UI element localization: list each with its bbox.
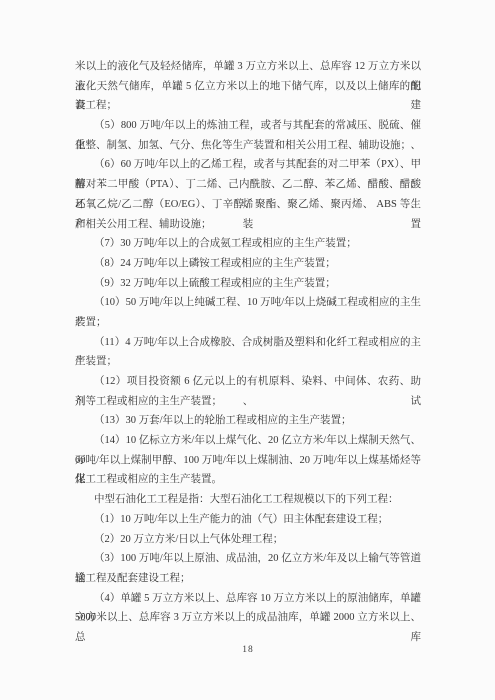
text-line: （13）30 万套/年以上的轮胎工程或相应的主生产装置； bbox=[75, 411, 421, 431]
text-line: 化工工程或相应的主生产装置。 bbox=[75, 470, 421, 490]
text-line: 送工程及配套建设工程； bbox=[75, 569, 421, 589]
page-number: 18 bbox=[75, 645, 421, 655]
text-line: （14）10 亿标立方米/年以上煤气化、20 亿立方米/年以上煤制天然气、60 bbox=[75, 431, 421, 451]
text-line: 环氧乙烷/乙二醇（EO/EG）、丁辛醇、聚酯、聚乙烯、聚丙烯、 ABS 等生产装… bbox=[75, 195, 421, 215]
text-line: （3）100 万吨/年以上原油、成品油，20 亿立方米/年及以上输气等管道输 bbox=[75, 549, 421, 569]
text-line: 中型石油化工工程是指：大型石油化工工程规模以下的下列工程： bbox=[75, 490, 421, 510]
text-line: （2）20 万立方米/日以上气体处理工程； bbox=[75, 530, 421, 550]
text-line: 产装置； bbox=[75, 352, 421, 372]
text-line: 重整、制氢、加氢、气分、焦化等生产装置和相关公用工程、辅助设施； bbox=[75, 136, 421, 156]
document-page: 米以上的液化气及轻烃储库，单罐 3 万立方米以上、总库容 12 万立方米以上的液… bbox=[0, 0, 495, 700]
text-line: （5）800 万吨/年以上的炼油工程，或者与其配套的常减压、脱硫、催化、 bbox=[75, 116, 421, 136]
text-line: （9）32 万吨/年以上硫酸工程或相应的主生产装置； bbox=[75, 274, 421, 294]
text-line: （4）单罐 5 万立方米以上、总库容 10 万立方米以上的原油储库，单罐 500… bbox=[75, 589, 421, 609]
text-line: （7）30 万吨/年以上的合成氨工程或相应的主生产装置； bbox=[75, 234, 421, 254]
text-line: 装置； bbox=[75, 313, 421, 333]
text-line: （12）项目投资额 6 亿元以上的有机原料、染料、中间体、农药、助剂、试 bbox=[75, 372, 421, 392]
text-line: （1）10 万吨/年以上生产能力的油（气）田主体配套建设工程； bbox=[75, 510, 421, 530]
text-line: （10）50 万吨/年以上纯碱工程、10 万吨/年以上烧碱工程或相应的主生产 bbox=[75, 293, 421, 313]
text-line: 精对苯二甲酸（PTA）、丁二烯、己内酰胺、乙二醇、苯乙烯、醋酸、醋酸乙烯、 bbox=[75, 175, 421, 195]
text-line: 米以上的液化气及轻烃储库，单罐 3 万立方米以上、总库容 12 万立方米以上的 bbox=[75, 57, 421, 77]
text-line: （11）4 万吨/年以上合成橡胶、合成树脂及塑料和化纤工程或相应的主生 bbox=[75, 333, 421, 353]
text-line: （8）24 万吨/年以上磷铵工程或相应的主生产装置； bbox=[75, 254, 421, 274]
text-line: 液化天然气储库，单罐 5 亿立方米以上的地下储气库，以及以上储库的配套建 bbox=[75, 77, 421, 97]
text-line: 万吨/年以上煤制甲醇、100 万吨/年以上煤制油、20 万吨/年以上煤基烯烃等煤 bbox=[75, 451, 421, 471]
text-line: （6）60 万吨/年以上的乙烯工程，或者与其配套的对二甲苯（PX）、甲醇、 bbox=[75, 155, 421, 175]
text-line: 立方米以上、总库容 3 万立方米以上的成品油库，单罐 2000 立方米以上、总库 bbox=[75, 608, 421, 628]
text-block: 米以上的液化气及轻烃储库，单罐 3 万立方米以上、总库容 12 万立方米以上的液… bbox=[75, 57, 421, 628]
